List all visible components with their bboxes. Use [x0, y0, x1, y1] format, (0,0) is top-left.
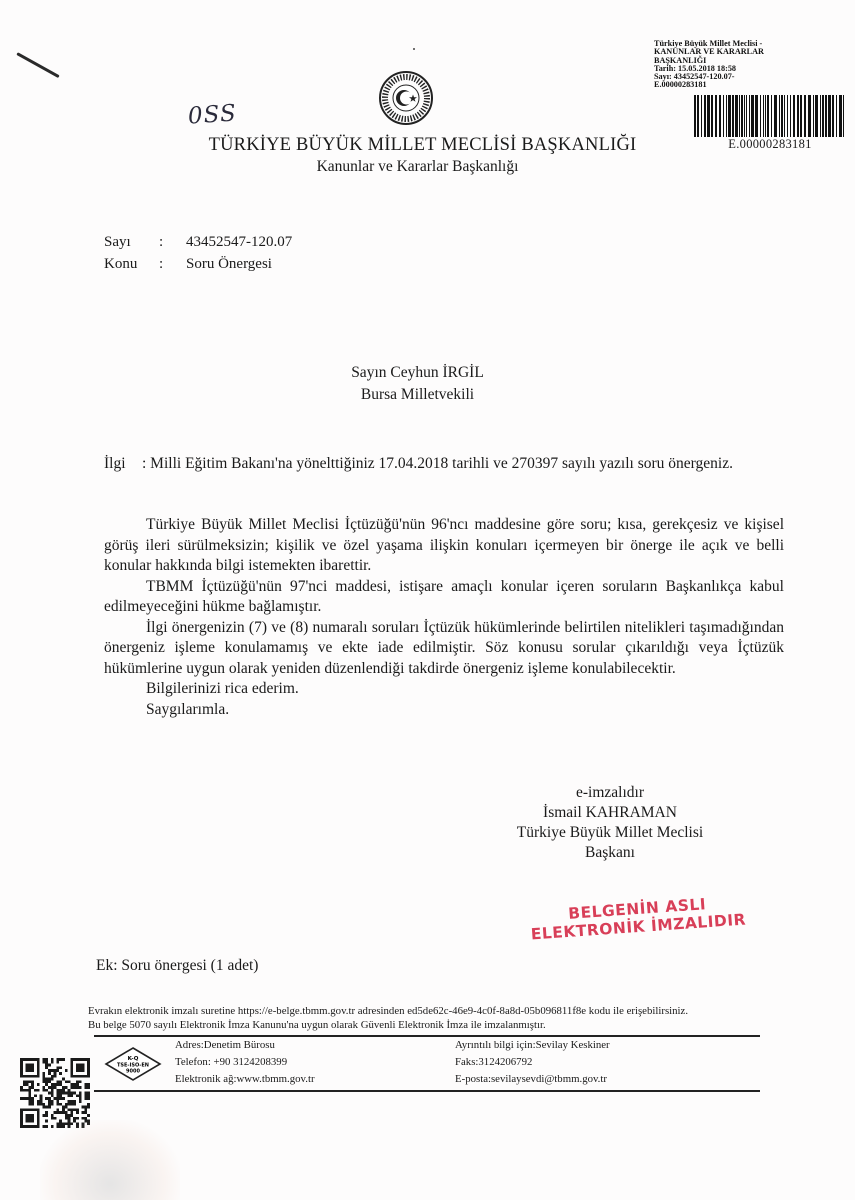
contact-right: Ayrıntılı bilgi için:Sevilay Keskiner Fa… [455, 1037, 610, 1088]
body-paragraph: TBMM İçtüzüğü'nün 97'nci maddesi, istişa… [104, 577, 784, 618]
reference-line: İlgi : Milli Eğitim Bakanı'na yönelttiği… [104, 453, 784, 475]
department-title: Kanunlar ve Kararlar Başkanlığı [0, 158, 855, 176]
handwritten-note: 0SS [187, 100, 237, 129]
signature-status: e-imzalıdır [480, 783, 740, 803]
sayi-label: Sayı [104, 231, 159, 253]
document-meta: Sayı : 43452547-120.07 Konu : Soru Önerg… [104, 231, 292, 275]
signatory-org: Türkiye Büyük Millet Meclisi [480, 823, 740, 843]
address: Adres:Denetim Bürosu [175, 1037, 315, 1054]
electronic-signature-stamp: BELGENİN ASLI ELEKTRONİK İMZALIDIR [529, 893, 747, 944]
sayi-value: 43452547-120.07 [186, 231, 292, 253]
footer-verification: Evrakın elektronik imzalı suretine https… [88, 1005, 778, 1032]
tbmm-seal-icon [378, 70, 434, 126]
signatory-name: İsmail KAHRAMAN [480, 803, 740, 823]
addressee: Sayın Ceyhun İRGİL Bursa Milletvekili [0, 362, 855, 406]
verification-link[interactable]: Evrakın elektronik imzalı suretine https… [88, 1005, 778, 1019]
ink-dot [413, 48, 415, 50]
signatory-title: Başkanı [480, 843, 740, 863]
addressee-name: Sayın Ceyhun İRGİL [0, 362, 855, 384]
law-note: Bu belge 5070 sayılı Elektronik İmza Kan… [88, 1019, 778, 1033]
ilgi-label: İlgi [104, 453, 142, 475]
scan-smudge [40, 1120, 180, 1200]
addressee-title: Bursa Milletvekili [0, 384, 855, 406]
fax: Faks:3124206792 [455, 1054, 610, 1071]
svg-text:9000: 9000 [126, 1069, 140, 1075]
barcode-number: E.00000283181 [692, 137, 848, 152]
signature-block: e-imzalıdır İsmail KAHRAMAN Türkiye Büyü… [480, 783, 740, 863]
letter-body: Türkiye Büyük Millet Meclisi İçtüzüğü'nü… [104, 515, 784, 720]
body-paragraph: İlgi önergenizin (7) ve (8) numaralı sor… [104, 618, 784, 680]
phone: Telefon: +90 3124208399 [175, 1054, 315, 1071]
body-paragraph: Türkiye Büyük Millet Meclisi İçtüzüğü'nü… [104, 515, 784, 577]
body-paragraph: Saygılarımla. [104, 700, 784, 721]
konu-label: Konu [104, 253, 159, 275]
iso-certification-badge-icon: K-Q TSE-ISO-EN 9000 [104, 1046, 162, 1082]
pen-mark [16, 52, 59, 78]
attachment-note: Ek: Soru önergesi (1 adet) [96, 957, 258, 975]
ilgi-text: : Milli Eğitim Bakanı'na yönelttiğiniz 1… [142, 453, 784, 475]
svg-text:K-Q: K-Q [128, 1056, 139, 1062]
konu-value: Soru Önergesi [186, 253, 272, 275]
email-link[interactable]: E-posta:sevilaysevdi@tbmm.gov.tr [455, 1071, 610, 1088]
body-paragraph: Bilgilerinizi rica ederim. [104, 679, 784, 700]
contact-left: Adres:Denetim Bürosu Telefon: +90 312420… [175, 1037, 315, 1088]
qr-code[interactable] [20, 1058, 90, 1128]
website-link[interactable]: Elektronik ağ:www.tbmm.gov.tr [175, 1071, 315, 1088]
contact-person: Ayrıntılı bilgi için:Sevilay Keskiner [455, 1037, 610, 1054]
footer-divider [94, 1090, 760, 1092]
barcode [692, 95, 848, 137]
registry-stamp: Türkiye Büyük Millet Meclisi - KANUNLAR … [654, 40, 854, 90]
